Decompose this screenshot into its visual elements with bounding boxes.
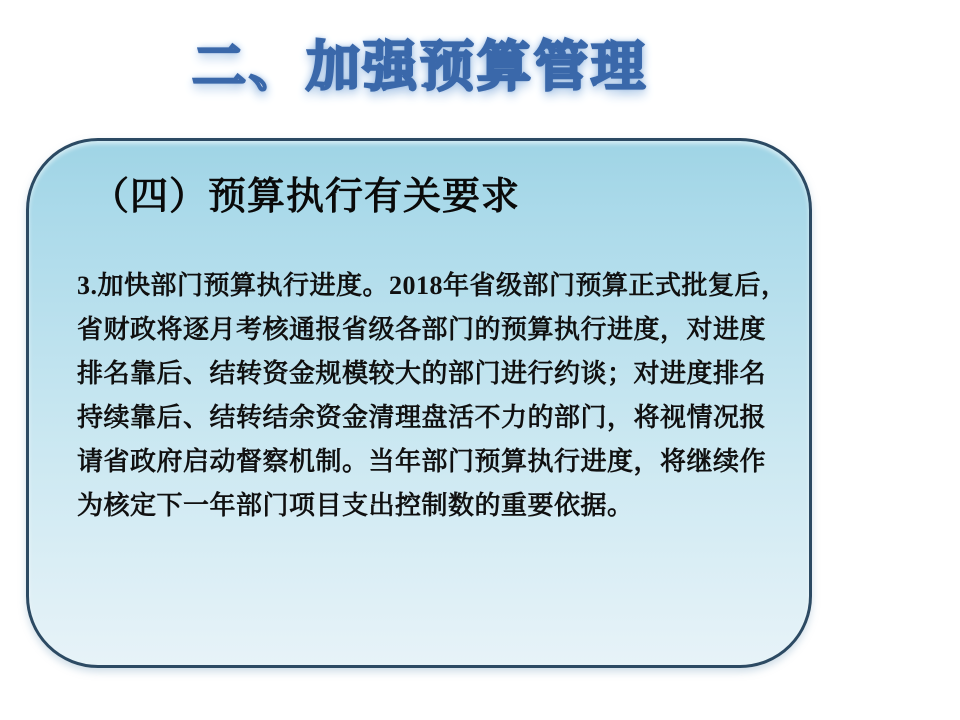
content-panel: （四）预算执行有关要求 3.加快部门预算执行进度。2018年省级部门预算正式批复… [26,138,812,668]
body-line: 请省政府启动督察机制。当年部门预算执行进度，将继续作 [77,440,769,484]
body-line: 为核定下一年部门项目支出控制数的重要依据。 [77,484,769,528]
slide-title-wordart: 二、加强预算管理 [0,24,840,101]
presentation-slide: 二、加强预算管理 （四）预算执行有关要求 3.加快部门预算执行进度。2018年省… [0,0,960,720]
body-line: 省财政将逐月考核通报省级各部门的预算执行进度，对进度 [77,308,769,352]
body-text-block: 3.加快部门预算执行进度。2018年省级部门预算正式批复后， 省财政将逐月考核通… [77,264,769,528]
body-line: 持续靠后、结转结余资金清理盘活不力的部门，将视情况报 [77,396,769,440]
section-heading: （四）预算执行有关要求 [91,165,809,220]
body-line: 3.加快部门预算执行进度。2018年省级部门预算正式批复后， [77,264,769,308]
body-line: 排名靠后、结转资金规模较大的部门进行约谈；对进度排名 [77,352,769,396]
